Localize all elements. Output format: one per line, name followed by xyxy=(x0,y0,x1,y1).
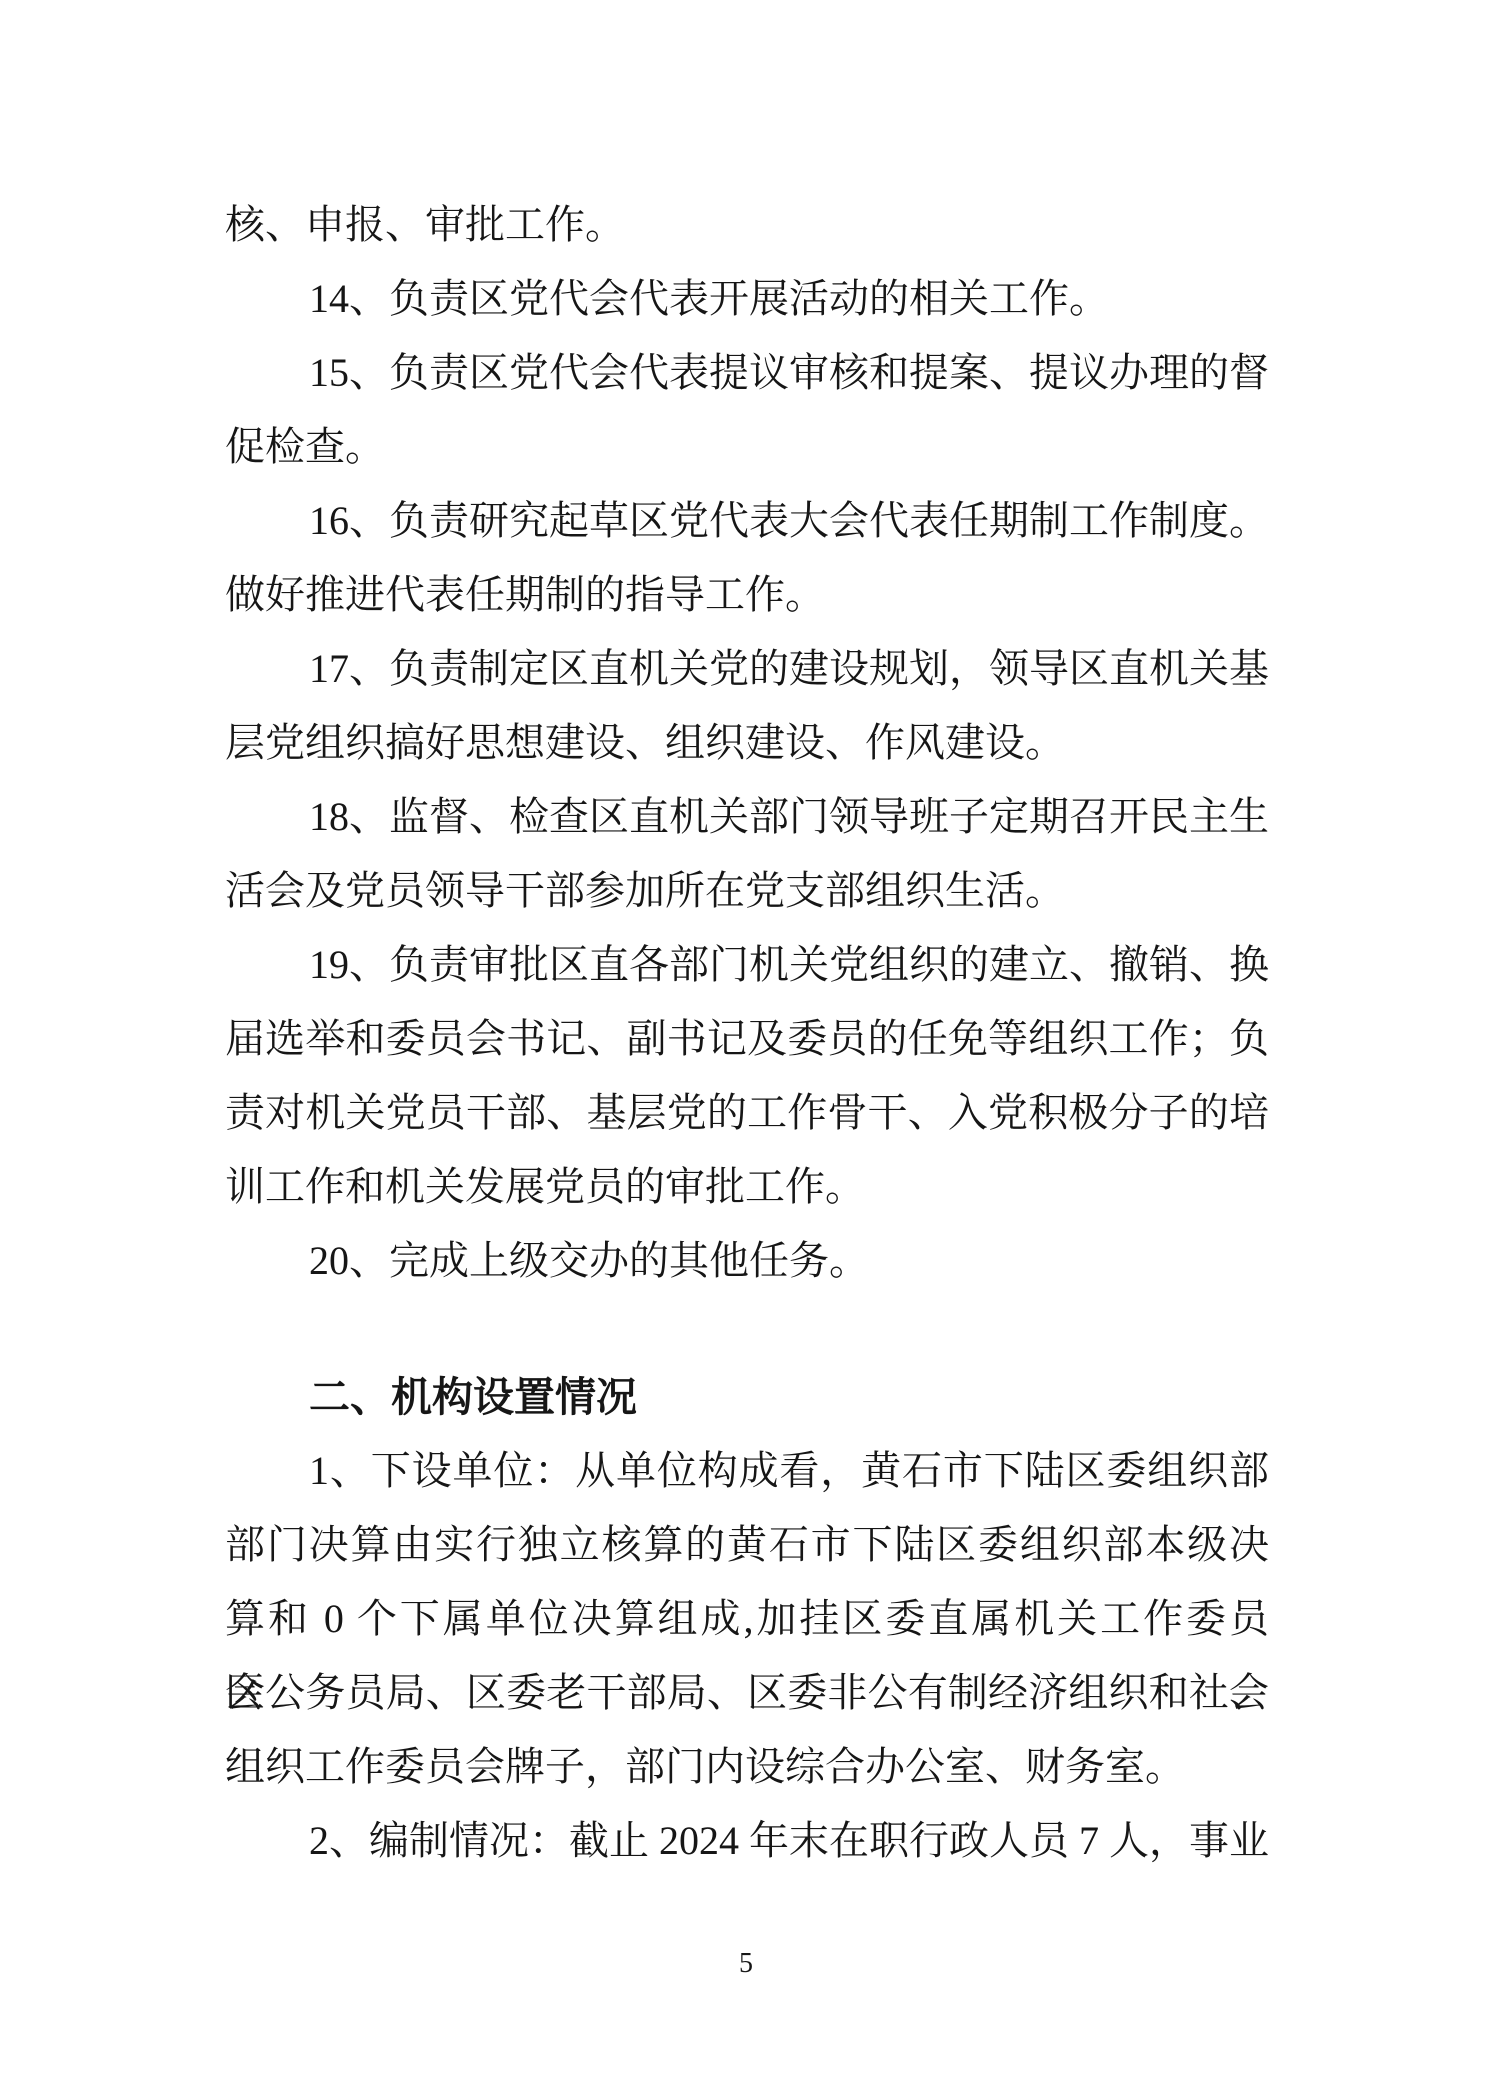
text-line: 1、下设单位：从单位构成看，黄石市下陆区委组织部 xyxy=(225,1434,1269,1508)
document-page: 核、申报、审批工作。14、负责区党代会代表开展活动的相关工作。15、负责区党代会… xyxy=(0,0,1492,2097)
text-line: 部门决算由实行独立核算的黄石市下陆区委组织部本级决 xyxy=(225,1508,1269,1582)
text-line: 算和 0 个下属单位决算组成,加挂区委直属机关工作委员会、 xyxy=(225,1582,1269,1656)
blank-line xyxy=(225,1298,1269,1360)
text-line: 届选举和委员会书记、副书记及委员的任免等组织工作；负 xyxy=(225,1002,1269,1076)
text-line: 责对机关党员干部、基层党的工作骨干、入党积极分子的培 xyxy=(225,1076,1269,1150)
text-line: 17、负责制定区直机关党的建设规划，领导区直机关基 xyxy=(225,632,1269,706)
page-number: 5 xyxy=(0,1946,1492,1982)
text-line: 20、完成上级交办的其他任务。 xyxy=(225,1224,1269,1298)
text-line: 2、编制情况：截止 2024 年末在职行政人员 7 人，事业 xyxy=(225,1804,1269,1878)
text-line: 区公务员局、区委老干部局、区委非公有制经济组织和社会 xyxy=(225,1656,1269,1730)
text-line: 组织工作委员会牌子，部门内设综合办公室、财务室。 xyxy=(225,1730,1269,1804)
text-line: 核、申报、审批工作。 xyxy=(225,188,1269,262)
text-line: 促检查。 xyxy=(225,410,1269,484)
text-line: 16、负责研究起草区党代表大会代表任期制工作制度。 xyxy=(225,484,1269,558)
document-content: 核、申报、审批工作。14、负责区党代会代表开展活动的相关工作。15、负责区党代会… xyxy=(225,188,1269,1878)
text-line: 训工作和机关发展党员的审批工作。 xyxy=(225,1150,1269,1224)
text-line: 活会及党员领导干部参加所在党支部组织生活。 xyxy=(225,854,1269,928)
text-line: 层党组织搞好思想建设、组织建设、作风建设。 xyxy=(225,706,1269,780)
text-line: 15、负责区党代会代表提议审核和提案、提议办理的督 xyxy=(225,336,1269,410)
text-line: 19、负责审批区直各部门机关党组织的建立、撤销、换 xyxy=(225,928,1269,1002)
section-heading: 二、机构设置情况 xyxy=(225,1360,1269,1434)
text-line: 做好推进代表任期制的指导工作。 xyxy=(225,558,1269,632)
text-line: 18、监督、检查区直机关部门领导班子定期召开民主生 xyxy=(225,780,1269,854)
text-line: 14、负责区党代会代表开展活动的相关工作。 xyxy=(225,262,1269,336)
